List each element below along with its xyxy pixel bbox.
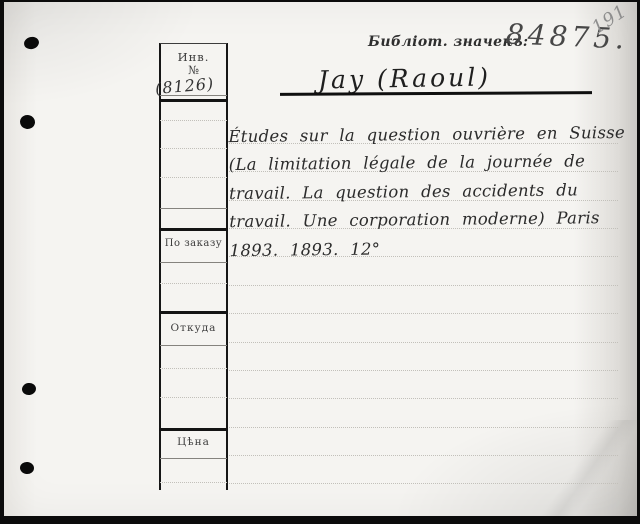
ruled-line	[160, 148, 227, 149]
ruled-line	[229, 285, 618, 286]
body-line: Études sur la question ouvrière en Suiss…	[228, 119, 628, 152]
column-section-line	[159, 228, 228, 231]
column-section-line	[159, 99, 228, 102]
inventory-label: Инв.	[160, 50, 227, 64]
column-cell-line	[160, 262, 227, 263]
ruled-line	[160, 368, 227, 369]
body-line: travail. La question des accidents du	[229, 176, 629, 209]
ruled-line	[229, 370, 618, 371]
column-cell-line	[160, 345, 227, 346]
ruled-line	[160, 177, 227, 178]
field-label-tsena: Цѣна	[160, 436, 227, 448]
ruled-line	[160, 120, 227, 121]
column-section-line	[159, 311, 228, 314]
ruled-line	[160, 482, 227, 483]
column-vertical-line	[159, 43, 161, 490]
ruled-line	[160, 283, 227, 284]
ruled-line	[229, 398, 618, 399]
column-cell-line	[160, 208, 227, 209]
column-section-line	[159, 428, 228, 431]
author-heading: Jay (Raoul)	[318, 62, 491, 94]
stamp-label: Библіот. значекъ:	[368, 34, 528, 50]
column-cell-line	[160, 458, 227, 459]
paper-fold	[540, 420, 640, 520]
field-label-otkuda: Откуда	[160, 322, 227, 334]
ruled-line	[229, 313, 618, 314]
ruled-line	[160, 397, 227, 398]
field-label-po-zakazu: По заказу	[160, 238, 227, 249]
ruled-line	[229, 342, 618, 343]
body-line: (La limitation légale de la journée de	[229, 147, 629, 180]
column-top-border	[160, 43, 227, 44]
body-line: travail. Une corporation moderne) Paris	[229, 204, 629, 237]
ruled-line	[229, 427, 618, 428]
body-line: 1893. 1893. 12°	[229, 233, 629, 266]
column-vertical-line	[226, 43, 228, 490]
ruled-line	[229, 483, 618, 484]
scan-frame: Библіот. значекъ: 84875. 191 Инв. № (812…	[0, 0, 640, 524]
body-text: Études sur la question ouvrière en Suiss…	[228, 119, 629, 265]
ruled-line	[229, 455, 618, 456]
